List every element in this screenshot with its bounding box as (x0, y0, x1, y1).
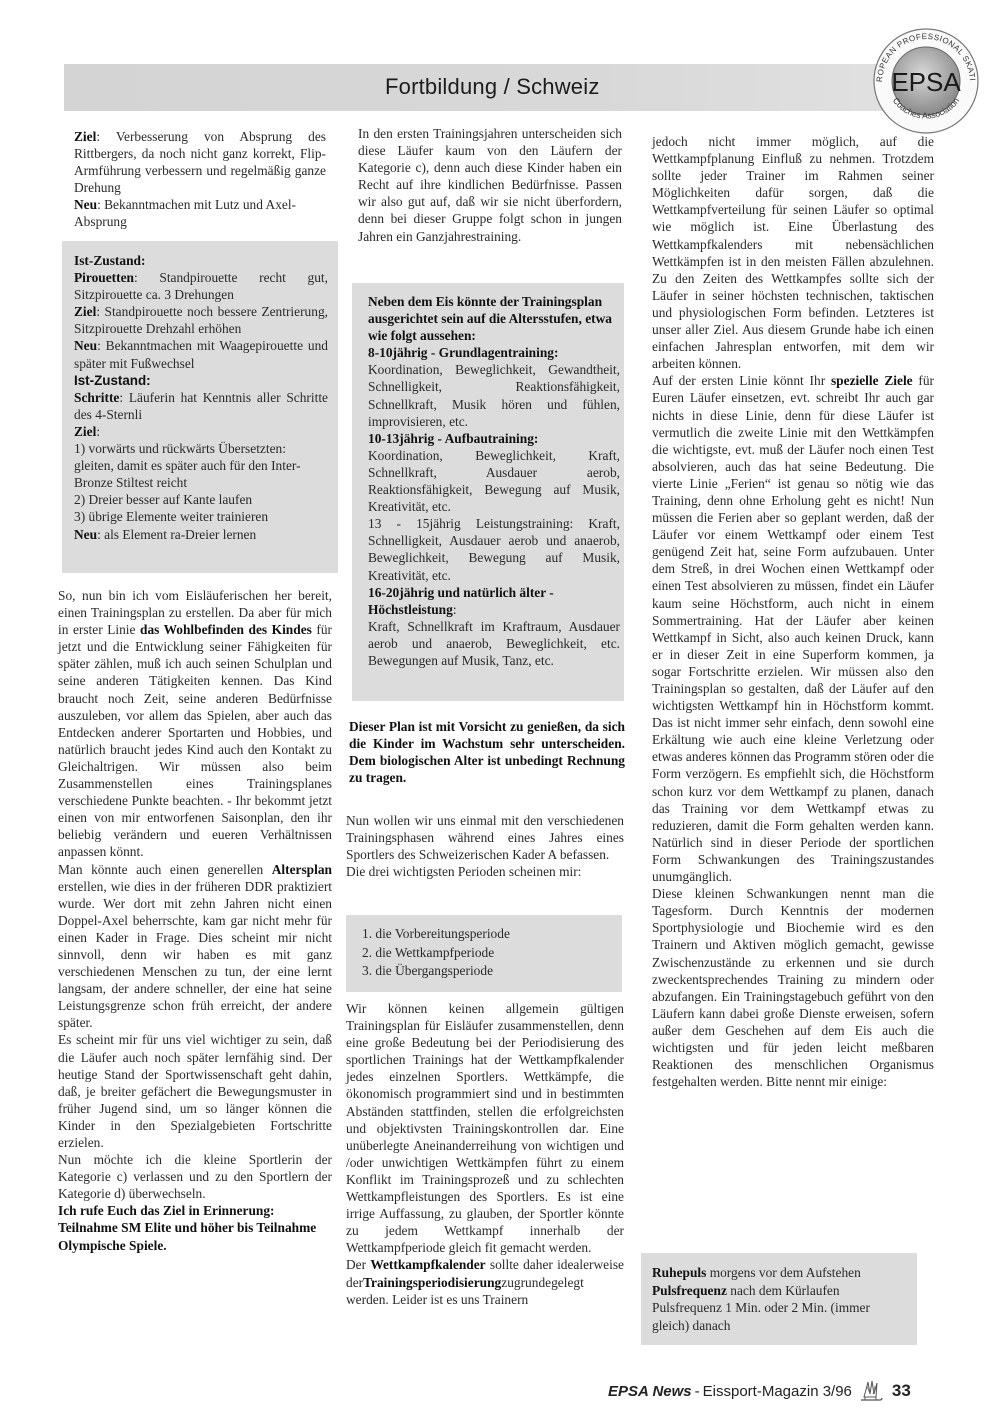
page-footer: EPSA News - Eissport-Magazin 3/96 33 (608, 1378, 911, 1404)
stage-title: 8-10jährig - Grundlagentraining: (368, 344, 620, 361)
skate-icon (858, 1378, 884, 1404)
epsa-logo-icon: EUROPEAN PROFESSIONAL SKATING Coaches As… (866, 25, 986, 135)
column-3: jedoch nicht immer möglich, auf die Wett… (652, 133, 934, 1090)
box-heading: Ist-Zustand: (74, 252, 328, 269)
paragraph: Auf der ersten Linie könnt Ihr spezielle… (652, 372, 934, 885)
list-item: 3. die Übergangsperiode (362, 962, 510, 981)
measurements-content: Ruhepuls morgens vor dem Aufstehen Pulsf… (652, 1264, 910, 1334)
footer-separator: - (695, 1383, 700, 1400)
list-item: 3) übrige Elemente weiter trainieren (74, 508, 328, 525)
stage-text: 13 - 15jährig Leistungstraining: Kraft, … (368, 515, 620, 583)
footer-publication: Eissport-Magazin 3/96 (703, 1383, 852, 1400)
paragraph: In den ersten Trainingsjahren unterschei… (358, 125, 622, 245)
paragraph: So, nun bin ich vom Eisläuferischen her … (58, 587, 332, 861)
list-item: 1) vorwärts und rückwärts Übersetzten: g… (74, 440, 328, 491)
paragraph: Diese kleinen Schwankungen nennt man die… (652, 885, 934, 1090)
page-title: Fortbildung / Schweiz (385, 74, 600, 100)
paragraph: Der Wettkampfkalender sollte daher ideal… (346, 1256, 624, 1307)
paragraph: Es scheint mir für uns viel wichtiger zu… (58, 1031, 332, 1151)
list-item: 2. die Wettkampfperiode (362, 944, 510, 963)
ziel-paragraph: Ziel: Verbesserung von Absprung des Ritt… (74, 128, 326, 196)
stage-title: 16-20jährig und natürlich älter - Höchst… (368, 584, 620, 618)
paragraph: Man könnte auch einen generellen Altersp… (58, 861, 332, 1032)
stage-text: Koordination, Beweglichkeit, Kraft, Schn… (368, 447, 620, 515)
warning-note: Dieser Plan ist mit Vorsicht zu genießen… (349, 718, 625, 786)
stage-title: 10-13jährig - Aufbautraining: (368, 430, 620, 447)
status-box-1-content: Ist-Zustand: Pirouetten: Standpirouette … (74, 252, 328, 543)
paragraph: Die drei wichtigsten Perioden scheinen m… (346, 863, 624, 880)
column-2-phases: Nun wollen wir uns einmal mit den versch… (346, 812, 624, 880)
column-2-lower: Wir können keinen allgemein gültigen Tra… (346, 1000, 624, 1308)
paragraph: Nun wollen wir uns einmal mit den versch… (346, 812, 624, 863)
column-2-intro: In den ersten Trainingsjahren unterschei… (358, 125, 622, 245)
page-number: 33 (892, 1381, 911, 1401)
svg-text:EPSA: EPSA (891, 67, 961, 97)
column-1-body: So, nun bin ich vom Eisläuferischen her … (58, 587, 332, 1254)
paragraph: Nun möchte ich die kleine Sportlerin der… (58, 1151, 332, 1202)
footer-brand: EPSA News (608, 1383, 692, 1400)
list-item: 2) Dreier besser auf Kante laufen (74, 491, 328, 508)
box-heading: Ist-Zustand: (74, 372, 328, 389)
stage-text: Koordination, Beweglichkeit, Gewandtheit… (368, 361, 620, 429)
list-item: 1. die Vorbereitungsperiode (362, 925, 510, 944)
box-lead: Neben dem Eis könnte der Trainingsplan a… (368, 293, 620, 344)
stage-text: Kraft, Schnellkraft im Kraftraum, Ausdau… (368, 618, 620, 669)
paragraph: Wir können keinen allgemein gültigen Tra… (346, 1000, 624, 1256)
periods-list: 1. die Vorbereitungsperiode 2. die Wettk… (362, 925, 510, 981)
column-1-top: Ziel: Verbesserung von Absprung des Ritt… (74, 128, 326, 231)
age-stages-content: Neben dem Eis könnte der Trainingsplan a… (368, 293, 620, 669)
goal-statement: Ich rufe Euch das Ziel in Erinnerung: Te… (58, 1202, 332, 1253)
paragraph: jedoch nicht immer möglich, auf die Wett… (652, 133, 934, 372)
neu-paragraph: Neu: Bekanntmachen mit Lutz und Axel-Abs… (74, 196, 326, 230)
